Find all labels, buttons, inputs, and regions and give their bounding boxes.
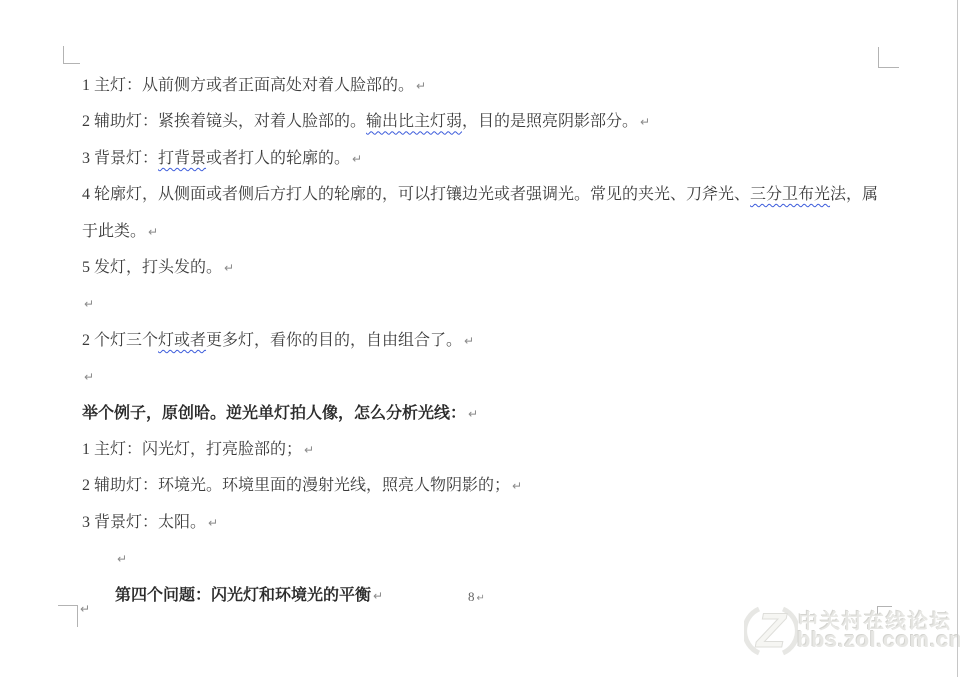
empty-paragraph: ↵ (82, 286, 882, 322)
paragraph-mark: ↵ (84, 297, 94, 311)
paragraph: 5 发灯，打头发的。↵ (82, 250, 882, 286)
paragraph-text: 更多灯，看你的目的，自由组合了。 (206, 332, 462, 349)
paragraph: 3 背景灯：太阳。↵ (82, 505, 882, 541)
document-page: 1 主灯：从前侧方或者正面高处对着人脸部的。↵2 辅助灯：紧挨着镜头，对着人脸部… (0, 0, 960, 677)
paragraph: 1 主灯：从前侧方或者正面高处对着人脸部的。↵ (82, 68, 882, 104)
paragraph-mark: ↵ (373, 589, 383, 603)
paragraph-mark: ↵ (117, 552, 127, 566)
paragraph-text: 第四个问题：闪光灯和环境光的平衡 (115, 587, 371, 604)
paragraph-text: 2 辅助灯：紧挨着镜头，对着人脸部的。 (82, 113, 366, 130)
paragraph: 举个例子，原创哈。逆光单灯拍人像，怎么分析光线：↵ (82, 396, 882, 432)
spellcheck-flagged-text: 灯或者 (158, 332, 206, 349)
paragraph-mark: ↵ (468, 407, 478, 421)
paragraph-mark: ↵ (352, 152, 362, 166)
paragraph-mark: ↵ (224, 261, 234, 275)
text-boundary-mark-top-left (63, 46, 80, 64)
page-number: 8↵ (468, 589, 485, 605)
image-right-edge (957, 0, 958, 677)
paragraph: 1 主灯：闪光灯，打亮脸部的；↵ (82, 432, 882, 468)
page-number-value: 8 (468, 589, 475, 604)
empty-paragraph: ↵ (82, 541, 882, 577)
paragraph-mark: ↵ (304, 443, 314, 457)
paragraph-mark: ↵ (84, 370, 94, 384)
paragraph-text: ，目的是照亮阴影部分。 (462, 113, 638, 130)
spellcheck-flagged-text: 三分卫布光 (750, 186, 830, 203)
paragraph: 2 辅助灯：环境光。环境里面的漫射光线，照亮人物阴影的；↵ (82, 468, 882, 504)
paragraph-text: 1 主灯：从前侧方或者正面高处对着人脸部的。 (82, 77, 414, 94)
text-boundary-mark-top-right (878, 47, 899, 68)
paragraph-mark: ↵ (208, 516, 218, 530)
svg-text:Z: Z (754, 605, 787, 658)
empty-paragraph: ↵ (82, 359, 882, 395)
paragraph-mark: ↵ (148, 225, 158, 239)
watermark-site-url: bbs.zol.com.cn (797, 627, 960, 653)
paragraph: 2 辅助灯：紧挨着镜头，对着人脸部的。输出比主灯弱，目的是照亮阴影部分。↵ (82, 104, 882, 140)
watermark: Z 中关村在线论坛 bbs.zol.com.cn (744, 595, 960, 673)
spellcheck-flagged-text: 打背景 (158, 150, 206, 167)
paragraph-text: 5 发灯，打头发的。 (82, 259, 222, 276)
paragraph-mark: ↵ (512, 479, 522, 493)
paragraph: 3 背景灯：打背景或者打人的轮廓的。↵ (82, 141, 882, 177)
footer-paragraph-mark: ↵ (80, 602, 90, 616)
paragraph-mark: ↵ (477, 593, 485, 604)
spellcheck-flagged-text: 输出比主灯弱 (366, 113, 462, 130)
paragraph-text: 4 轮廓灯，从侧面或者侧后方打人的轮廓的，可以打镶边光或者强调光。常见的夹光、刀… (82, 186, 750, 203)
paragraph: 4 轮廓灯，从侧面或者侧后方打人的轮廓的，可以打镶边光或者强调光。常见的夹光、刀… (82, 177, 882, 250)
paragraph-text: 3 背景灯：太阳。 (82, 514, 206, 531)
paragraph-text: 3 背景灯： (82, 150, 158, 167)
paragraph: 2 个灯三个灯或者更多灯，看你的目的，自由组合了。↵ (82, 323, 882, 359)
paragraph-text: 或者打人的轮廓的。 (206, 150, 350, 167)
text-boundary-mark-bottom-left (58, 605, 78, 627)
zol-logo-icon: Z (744, 602, 798, 660)
paragraph-text: 1 主灯：闪光灯，打亮脸部的； (82, 441, 302, 458)
paragraph-text: 2 个灯三个 (82, 332, 158, 349)
document-text: 1 主灯：从前侧方或者正面高处对着人脸部的。↵2 辅助灯：紧挨着镜头，对着人脸部… (82, 68, 882, 614)
paragraph-text: 2 辅助灯：环境光。环境里面的漫射光线，照亮人物阴影的； (82, 477, 510, 494)
paragraph-text: 举个例子，原创哈。逆光单灯拍人像，怎么分析光线： (82, 405, 466, 422)
paragraph-mark: ↵ (640, 115, 650, 129)
paragraph-mark: ↵ (416, 79, 426, 93)
paragraph-mark: ↵ (464, 334, 474, 348)
